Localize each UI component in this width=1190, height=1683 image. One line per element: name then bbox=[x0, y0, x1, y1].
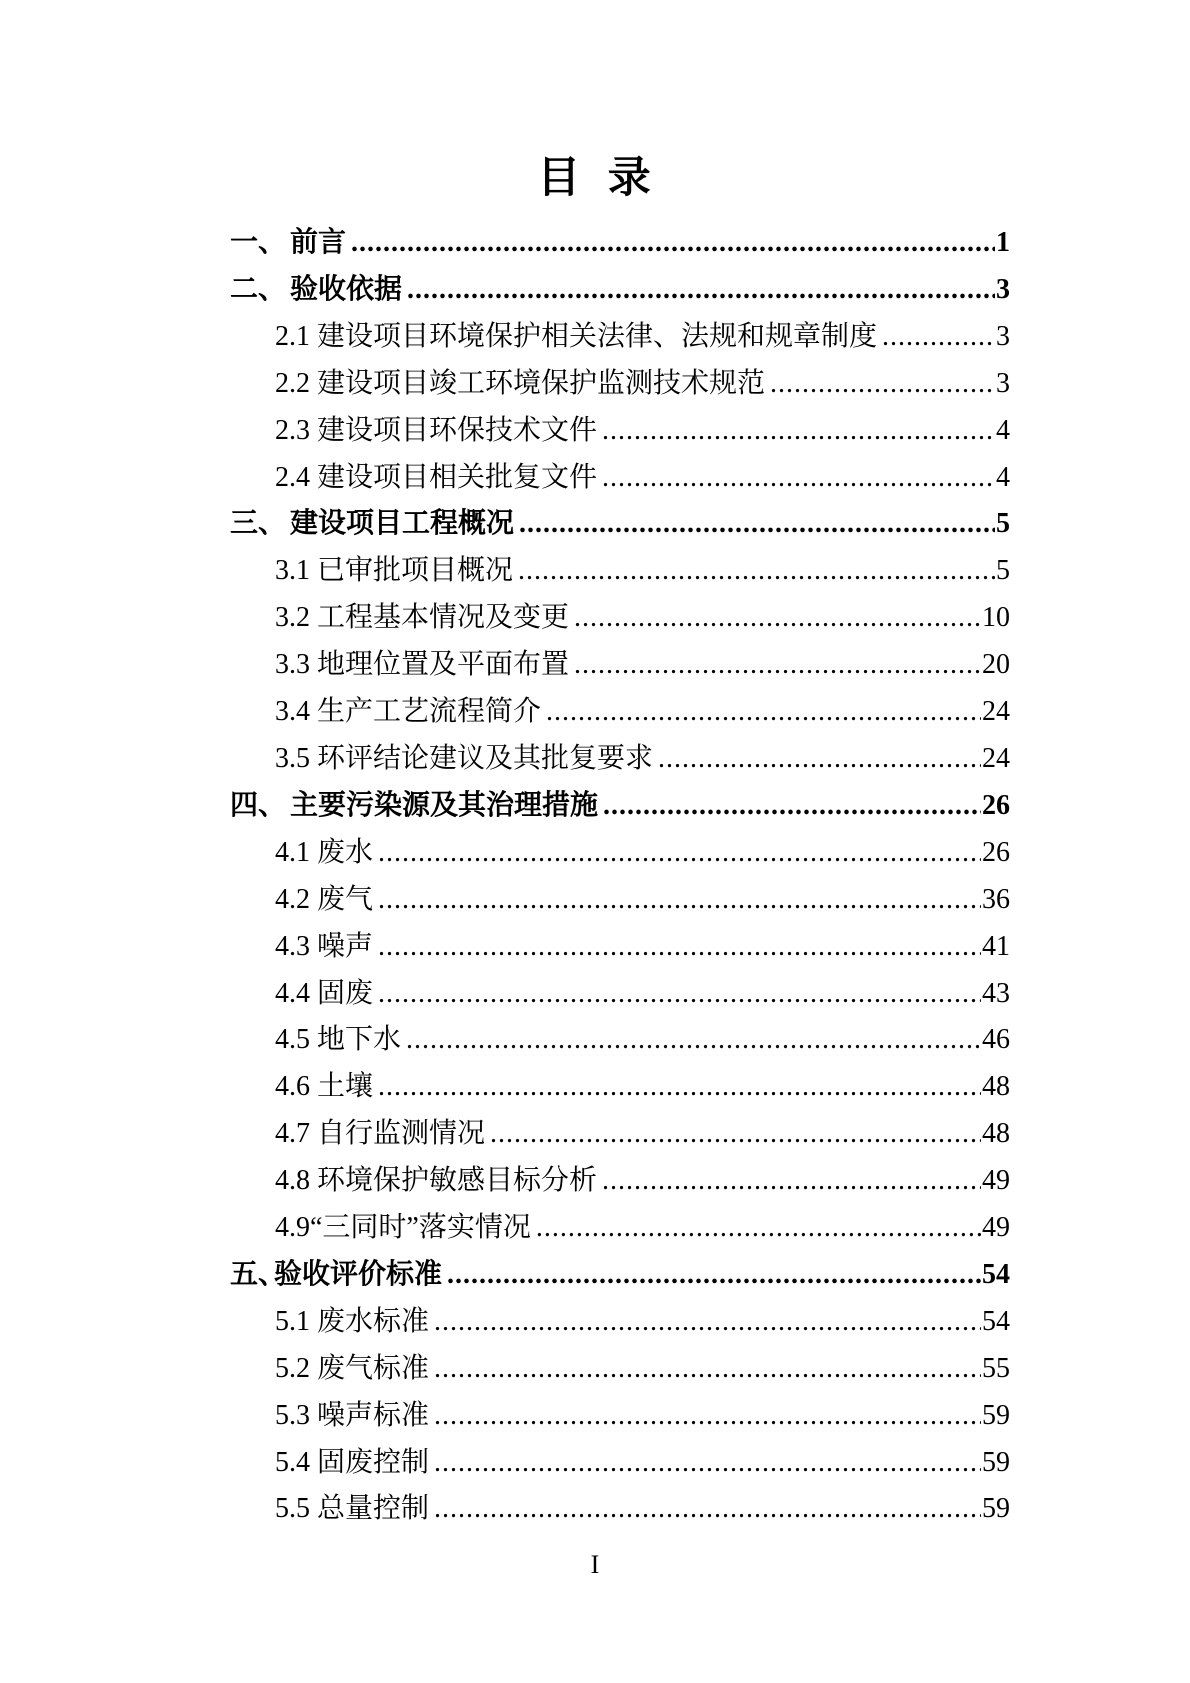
toc-entry-page: 3 bbox=[996, 361, 1010, 408]
toc-entry-page: 3 bbox=[996, 314, 1010, 361]
toc-leader-dots bbox=[658, 736, 981, 783]
toc-entry: 2.4 建设项目相关批复文件4 bbox=[230, 455, 1010, 502]
toc-entry-page: 24 bbox=[982, 736, 1010, 783]
toc-entry: 2.1 建设项目环境保护相关法律、法规和规章制度3 bbox=[230, 314, 1010, 361]
toc-entry: 5.1 废水标准54 bbox=[230, 1299, 1010, 1346]
toc-entry-page: 49 bbox=[982, 1158, 1010, 1205]
toc-entry-title: 3.2 工程基本情况及变更 bbox=[275, 595, 569, 642]
toc-entry-page: 48 bbox=[982, 1064, 1010, 1111]
toc-entry: 3.4 生产工艺流程简介24 bbox=[230, 689, 1010, 736]
toc-entry-page: 59 bbox=[982, 1393, 1010, 1440]
toc-entry-title: 4.7 自行监测情况 bbox=[275, 1111, 485, 1158]
toc-entry: 5.5 总量控制59 bbox=[230, 1486, 1010, 1533]
toc-entry-page: 36 bbox=[982, 877, 1010, 924]
table-of-contents: 一、前言1二、验收依据32.1 建设项目环境保护相关法律、法规和规章制度32.2… bbox=[230, 220, 1010, 1533]
toc-entry-page: 49 bbox=[982, 1205, 1010, 1252]
toc-entry-title: 5.1 废水标准 bbox=[275, 1299, 429, 1346]
toc-entry-page: 4 bbox=[996, 408, 1010, 455]
toc-leader-dots bbox=[434, 1299, 981, 1346]
toc-entry-title: 2.4 建设项目相关批复文件 bbox=[275, 455, 597, 502]
toc-entry: 5.3 噪声标准59 bbox=[230, 1393, 1010, 1440]
toc-entry-title: 4.2 废气 bbox=[275, 877, 373, 924]
toc-leader-dots bbox=[603, 783, 981, 830]
toc-entry-title: 4.3 噪声 bbox=[275, 924, 373, 971]
toc-entry: 5.4 固废控制59 bbox=[230, 1440, 1010, 1487]
toc-entry-page: 24 bbox=[982, 689, 1010, 736]
toc-entry-title: 验收依据 bbox=[290, 267, 402, 314]
toc-entry: 五、验收评价标准54 bbox=[230, 1252, 1010, 1299]
toc-entry: 4.4 固废43 bbox=[230, 971, 1010, 1018]
toc-entry: 三、建设项目工程概况5 bbox=[230, 501, 1010, 548]
toc-leader-dots bbox=[378, 971, 981, 1018]
toc-entry-title: 2.1 建设项目环境保护相关法律、法规和规章制度 bbox=[275, 314, 877, 361]
toc-entry-title: 4.6 土壤 bbox=[275, 1064, 373, 1111]
toc-entry: 2.3 建设项目环保技术文件4 bbox=[230, 408, 1010, 455]
toc-entry: 四、主要污染源及其治理措施26 bbox=[230, 783, 1010, 830]
toc-entry-title: 4.5 地下水 bbox=[275, 1017, 401, 1064]
toc-entry-title: 5.4 固废控制 bbox=[275, 1440, 429, 1487]
toc-entry-title: 3.1 已审批项目概况 bbox=[275, 548, 513, 595]
toc-entry: 4.9“三同时”落实情况49 bbox=[230, 1205, 1010, 1252]
toc-leader-dots bbox=[378, 924, 981, 971]
toc-leader-dots bbox=[574, 595, 981, 642]
toc-leader-dots bbox=[378, 1064, 981, 1111]
toc-entry: 4.7 自行监测情况48 bbox=[230, 1111, 1010, 1158]
toc-entry: 3.1 已审批项目概况5 bbox=[230, 548, 1010, 595]
toc-entry-page: 1 bbox=[996, 220, 1010, 267]
toc-entry-title: 3.3 地理位置及平面布置 bbox=[275, 642, 569, 689]
toc-entry-page: 41 bbox=[982, 924, 1010, 971]
toc-leader-dots bbox=[519, 501, 995, 548]
toc-leader-dots bbox=[351, 220, 995, 267]
toc-entry-page: 46 bbox=[982, 1017, 1010, 1064]
toc-entry-page: 10 bbox=[982, 595, 1010, 642]
toc-leader-dots bbox=[434, 1440, 981, 1487]
toc-entry-number: 四、 bbox=[230, 783, 290, 830]
document-page: 目 录 一、前言1二、验收依据32.1 建设项目环境保护相关法律、法规和规章制度… bbox=[0, 0, 1190, 1683]
toc-entry: 一、前言1 bbox=[230, 220, 1010, 267]
toc-entry-title: 5.2 废气标准 bbox=[275, 1346, 429, 1393]
toc-entry: 2.2 建设项目竣工环境保护监测技术规范3 bbox=[230, 361, 1010, 408]
toc-entry-title: 4.9“三同时”落实情况 bbox=[275, 1205, 531, 1252]
toc-entry-title: 3.4 生产工艺流程简介 bbox=[275, 689, 541, 736]
toc-entry-number: 二、 bbox=[230, 267, 290, 314]
toc-leader-dots bbox=[490, 1111, 981, 1158]
toc-entry: 4.1 废水26 bbox=[230, 830, 1010, 877]
toc-entry-number: 三、 bbox=[230, 501, 290, 548]
toc-leader-dots bbox=[882, 314, 995, 361]
toc-entry: 二、验收依据3 bbox=[230, 267, 1010, 314]
toc-entry-number: 五、 bbox=[230, 1252, 274, 1299]
toc-entry-title: 前言 bbox=[290, 220, 346, 267]
toc-entry-title: 2.2 建设项目竣工环境保护监测技术规范 bbox=[275, 361, 765, 408]
toc-entry-page: 43 bbox=[982, 971, 1010, 1018]
toc-entry-page: 55 bbox=[982, 1346, 1010, 1393]
toc-entry-page: 54 bbox=[982, 1252, 1010, 1299]
toc-entry: 3.3 地理位置及平面布置20 bbox=[230, 642, 1010, 689]
page-title: 目 录 bbox=[0, 144, 1190, 205]
toc-leader-dots bbox=[602, 455, 995, 502]
toc-entry-page: 20 bbox=[982, 642, 1010, 689]
toc-entry: 4.8 环境保护敏感目标分析49 bbox=[230, 1158, 1010, 1205]
toc-entry-title: 5.3 噪声标准 bbox=[275, 1393, 429, 1440]
toc-leader-dots bbox=[407, 267, 995, 314]
toc-entry-page: 59 bbox=[982, 1440, 1010, 1487]
toc-entry-page: 4 bbox=[996, 455, 1010, 502]
toc-leader-dots bbox=[378, 877, 981, 924]
toc-entry: 4.2 废气36 bbox=[230, 877, 1010, 924]
toc-leader-dots bbox=[602, 408, 995, 455]
toc-entry: 5.2 废气标准55 bbox=[230, 1346, 1010, 1393]
toc-leader-dots bbox=[574, 642, 981, 689]
toc-entry-title: 3.5 环评结论建议及其批复要求 bbox=[275, 736, 653, 783]
toc-entry-title: 4.8 环境保护敏感目标分析 bbox=[275, 1158, 597, 1205]
toc-leader-dots bbox=[770, 361, 995, 408]
footer-page-number: I bbox=[0, 1550, 1190, 1580]
toc-leader-dots bbox=[434, 1486, 981, 1533]
toc-entry-number: 一、 bbox=[230, 220, 290, 267]
toc-entry-page: 5 bbox=[996, 501, 1010, 548]
toc-entry: 4.6 土壤48 bbox=[230, 1064, 1010, 1111]
toc-leader-dots bbox=[536, 1205, 981, 1252]
toc-leader-dots bbox=[406, 1017, 981, 1064]
toc-entry-page: 59 bbox=[982, 1486, 1010, 1533]
toc-entry-title: 5.5 总量控制 bbox=[275, 1486, 429, 1533]
toc-entry-page: 26 bbox=[982, 783, 1010, 830]
toc-leader-dots bbox=[447, 1252, 981, 1299]
toc-entry-page: 26 bbox=[982, 830, 1010, 877]
toc-entry: 4.5 地下水46 bbox=[230, 1017, 1010, 1064]
toc-entry-title: 4.1 废水 bbox=[275, 830, 373, 877]
toc-entry-page: 48 bbox=[982, 1111, 1010, 1158]
toc-leader-dots bbox=[518, 548, 995, 595]
toc-entry-title: 验收评价标准 bbox=[274, 1252, 442, 1299]
toc-leader-dots bbox=[602, 1158, 981, 1205]
toc-entry: 4.3 噪声41 bbox=[230, 924, 1010, 971]
toc-entry-title: 4.4 固废 bbox=[275, 971, 373, 1018]
toc-entry-title: 主要污染源及其治理措施 bbox=[290, 783, 598, 830]
toc-entry-title: 2.3 建设项目环保技术文件 bbox=[275, 408, 597, 455]
toc-leader-dots bbox=[378, 830, 981, 877]
toc-leader-dots bbox=[546, 689, 981, 736]
toc-entry: 3.5 环评结论建议及其批复要求24 bbox=[230, 736, 1010, 783]
toc-entry-page: 3 bbox=[996, 267, 1010, 314]
toc-entry-page: 5 bbox=[996, 548, 1010, 595]
toc-entry-title: 建设项目工程概况 bbox=[290, 501, 514, 548]
toc-entry-page: 54 bbox=[982, 1299, 1010, 1346]
toc-entry: 3.2 工程基本情况及变更10 bbox=[230, 595, 1010, 642]
toc-leader-dots bbox=[434, 1346, 981, 1393]
toc-leader-dots bbox=[434, 1393, 981, 1440]
